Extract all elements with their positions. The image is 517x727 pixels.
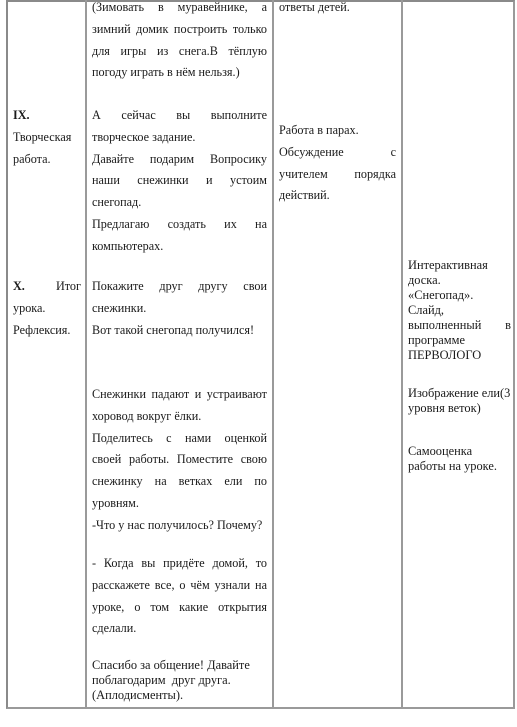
text-line: ПЕРВОЛОГО [408,348,511,363]
text-line: своей работы. Поместите свою [92,449,267,471]
text-line: выполненный в [408,318,511,333]
text-line: действий. [279,185,396,207]
text-line: Изображение ели(3 [408,386,511,401]
stage-x-label: X. Итог урока. Рефлексия. [13,276,81,341]
stage-x-teacher-activity-home: - Когда вы придёте домой, то расскажете … [92,553,267,640]
text-line: Предлагаю создать их на [92,214,267,236]
text-line: уроке, о том какие открытия [92,597,267,619]
text-line: поблагодарим друг друга. [92,673,267,688]
stage-heading: X. Итог [13,276,81,298]
stage-x-resources-tree: Изображение ели(3 уровня веток) [408,386,511,416]
text-line: учителем порядка [279,164,396,186]
stage-title-line: работа. [13,149,81,171]
column-divider [401,0,403,709]
stage-title-line: Творческая [13,127,81,149]
stage-number: X. [13,276,25,298]
text-line: Интерактивная [408,258,511,273]
text-line: - Когда вы придёте домой, то [92,553,267,575]
text-line: уровням. [92,493,267,515]
column-divider [85,0,87,709]
stage-x-teacher-activity-reflection: Снежинки падают и устраивают хоровод вок… [92,384,267,537]
text-line: Вот такой снегопад получился! [92,320,267,342]
text-line: Спасибо за общение! Давайте [92,658,267,673]
column-divider [272,0,274,709]
text-line: погоду играть в нём нельзя.) [92,62,267,84]
stage-ix-student-activity: Работа в парах. Обсуждение с учителем по… [279,120,396,207]
text-line: работы на уроке. [408,459,511,474]
text-line: Снежинки падают и устраивают [92,384,267,406]
text-line: уровня веток) [408,401,511,416]
stage-ix-teacher-activity: А сейчас вы выполните творческое задание… [92,105,267,258]
text-line: снежинку на ветках ели по [92,471,267,493]
text-line: наши снежинки и устоим [92,170,267,192]
text-line: доска. [408,273,511,288]
text-line: хоровод вокруг ёлки. [92,406,267,428]
stage-title-line: урока. [13,298,81,320]
stage-ix-label: IX. Творческая работа. [13,105,81,170]
lesson-plan-page: (Зимовать в муравейнике, а зимний домик … [0,0,517,727]
stage-number: IX. [13,105,81,127]
text-line: Поделитесь с нами оценкой [92,428,267,450]
text-line: ответы детей. [279,0,396,19]
stage-x-teacher-activity-thanks: Спасибо за общение! Давайте поблагодарим… [92,658,267,703]
text-line: расскажете все, о чём узнали на [92,575,267,597]
text-line: Самооценка [408,444,511,459]
stage-title-line: Рефлексия. [13,320,81,342]
text-line: (Аплодисменты). [92,688,267,703]
text-line: А сейчас вы выполните [92,105,267,127]
stage-x-resources-self-assessment: Самооценка работы на уроке. [408,444,511,474]
text-line: сделали. [92,618,267,640]
text-line: компьютерах. [92,236,267,258]
text-line: Давайте подарим Вопросику [92,149,267,171]
stage-title-word: Итог [56,276,81,298]
text-line: Работа в парах. [279,120,396,142]
text-line: (Зимовать в муравейнике, а [92,0,267,19]
text-line: -Что у нас получилось? Почему? [92,515,267,537]
text-line: снегопад. [92,192,267,214]
student-activity-continuation: ответы детей. [279,0,396,19]
text-line: Покажите друг другу свои [92,276,267,298]
text-line: снежинки. [92,298,267,320]
text-line: для игры из снега.В тёплую [92,41,267,63]
text-line: программе [408,333,511,348]
text-line: Обсуждение с [279,142,396,164]
text-line: Слайд, [408,303,511,318]
teacher-activity-continuation: (Зимовать в муравейнике, а зимний домик … [92,0,267,84]
text-line: зимний домик построить только [92,19,267,41]
stage-x-teacher-activity-show: Покажите друг другу свои снежинки. Вот т… [92,276,267,341]
text-line: «Снегопад». [408,288,511,303]
text-line: творческое задание. [92,127,267,149]
stage-x-resources-board: Интерактивная доска. «Снегопад». Слайд, … [408,258,511,363]
